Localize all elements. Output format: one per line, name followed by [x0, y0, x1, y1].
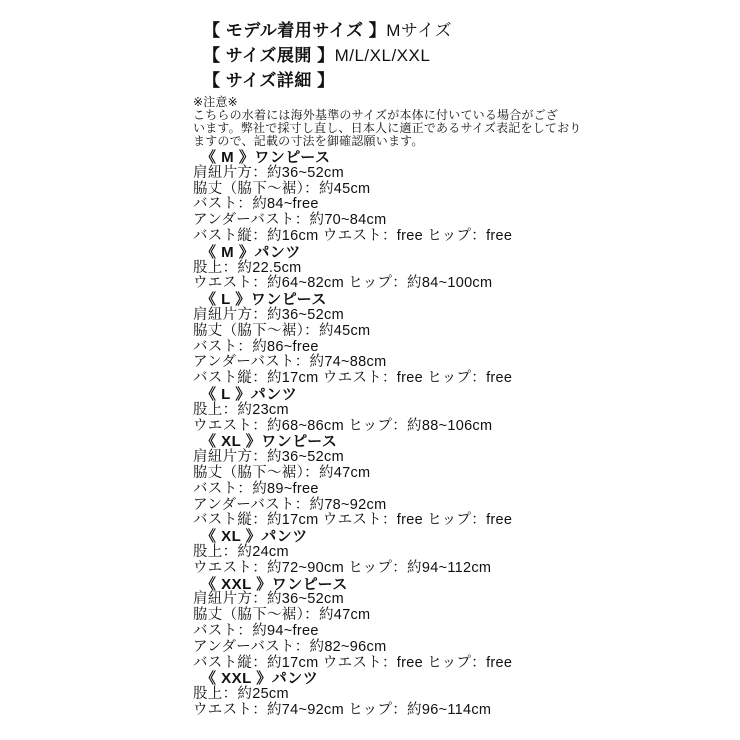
size-section: 《 XXL 》パンツ 股上：約25cm ウエスト：約74~92cm ヒップ：約9… [193, 671, 613, 718]
size-section-title: 《 L 》ワンピース [201, 292, 613, 308]
measurement-line: ウエスト：約74~92cm ヒップ：約96~114cm [193, 703, 613, 719]
measurement-line: ウエスト：約72~90cm ヒップ：約94~112cm [193, 561, 613, 577]
measurement-line: 股上：約24cm [193, 545, 613, 561]
measurement-line: 肩紐片方：約36~52cm [193, 166, 613, 182]
size-detail-label: 【 サイズ詳細 】 [203, 71, 335, 90]
measurement-line: ウエスト：約64~82cm ヒップ：約84~100cm [193, 276, 613, 292]
size-section-title: 《 L 》パンツ [201, 387, 613, 403]
model-size-line: 【 モデル着用サイズ 】Mサイズ [203, 18, 613, 43]
measurement-line: アンダーバスト：約82~96cm [193, 640, 613, 656]
measurement-line: 脇丈（脇下～裾）：約47cm [193, 608, 613, 624]
measurement-line: 肩紐片方：約36~52cm [193, 308, 613, 324]
size-section: 《 L 》パンツ 股上：約23cm ウエスト：約68~86cm ヒップ：約88~… [193, 387, 613, 434]
measurement-line: ウエスト：約68~86cm ヒップ：約88~106cm [193, 419, 613, 435]
measurement-line: バスト：約94~free [193, 624, 613, 640]
measurement-line: 脇丈（脇下～裾）：約47cm [193, 466, 613, 482]
size-section-title: 《 XL 》ワンピース [201, 434, 613, 450]
measurement-line: 脇丈（脇下～裾）：約45cm [193, 324, 613, 340]
size-section-title: 《 M 》パンツ [201, 245, 613, 261]
measurement-line: 股上：約22.5cm [193, 261, 613, 277]
size-section: 《 XXL 》ワンピース 肩紐片方：約36~52cm 脇丈（脇下～裾）：約47c… [193, 577, 613, 672]
measurement-line: バスト：約89~free [193, 482, 613, 498]
measurement-line: バスト縦：約17cm ウエスト：free ヒップ：free [193, 371, 613, 387]
measurement-line: 肩紐片方：約36~52cm [193, 450, 613, 466]
size-section: 《 XL 》パンツ 股上：約24cm ウエスト：約72~90cm ヒップ：約94… [193, 529, 613, 576]
measurement-line: アンダーバスト：約78~92cm [193, 498, 613, 514]
size-section: 《 M 》パンツ 股上：約22.5cm ウエスト：約64~82cm ヒップ：約8… [193, 245, 613, 292]
size-detail-page: 【 モデル着用サイズ 】Mサイズ 【 サイズ展開 】M/L/XL/XXL 【 サ… [0, 0, 740, 740]
size-section: 《 M 》ワンピース 肩紐片方：約36~52cm 脇丈（脇下～裾）：約45cm … [193, 150, 613, 245]
size-section: 《 L 》ワンピース 肩紐片方：約36~52cm 脇丈（脇下～裾）：約45cm … [193, 292, 613, 387]
sections: 《 M 》ワンピース 肩紐片方：約36~52cm 脇丈（脇下～裾）：約45cm … [193, 150, 613, 719]
size-range-value: M/L/XL/XXL [335, 46, 431, 65]
size-section-title: 《 XXL 》パンツ [201, 671, 613, 687]
size-range-label: 【 サイズ展開 】 [203, 46, 335, 65]
notice-block: ※注意※ こちらの水着には海外基準のサイズが本体に付いている場合がござ います。… [193, 96, 613, 148]
measurement-line: アンダーバスト：約74~88cm [193, 355, 613, 371]
size-section-title: 《 XXL 》ワンピース [201, 577, 613, 593]
size-section: 《 XL 》ワンピース 肩紐片方：約36~52cm 脇丈（脇下～裾）：約47cm… [193, 434, 613, 529]
size-detail-content: 【 モデル着用サイズ 】Mサイズ 【 サイズ展開 】M/L/XL/XXL 【 サ… [193, 18, 613, 719]
measurement-line: アンダーバスト：約70~84cm [193, 213, 613, 229]
size-detail-heading: 【 サイズ詳細 】 [203, 68, 613, 93]
size-range-line: 【 サイズ展開 】M/L/XL/XXL [203, 43, 613, 68]
model-size-label: 【 モデル着用サイズ 】 [203, 21, 386, 40]
model-size-value: Mサイズ [386, 21, 452, 40]
measurement-line: 肩紐片方：約36~52cm [193, 592, 613, 608]
measurement-line: バスト縦：約17cm ウエスト：free ヒップ：free [193, 513, 613, 529]
measurement-line: バスト縦：約17cm ウエスト：free ヒップ：free [193, 656, 613, 672]
size-section-title: 《 XL 》パンツ [201, 529, 613, 545]
measurement-line: バスト縦：約16cm ウエスト：free ヒップ：free [193, 229, 613, 245]
measurement-line: 股上：約25cm [193, 687, 613, 703]
notice-text-line: ますので、記載の寸法を御確認願います。 [193, 135, 613, 148]
size-section-title: 《 M 》ワンピース [201, 150, 613, 166]
measurement-line: バスト：約84~free [193, 197, 613, 213]
measurement-line: バスト：約86~free [193, 340, 613, 356]
measurement-line: 股上：約23cm [193, 403, 613, 419]
